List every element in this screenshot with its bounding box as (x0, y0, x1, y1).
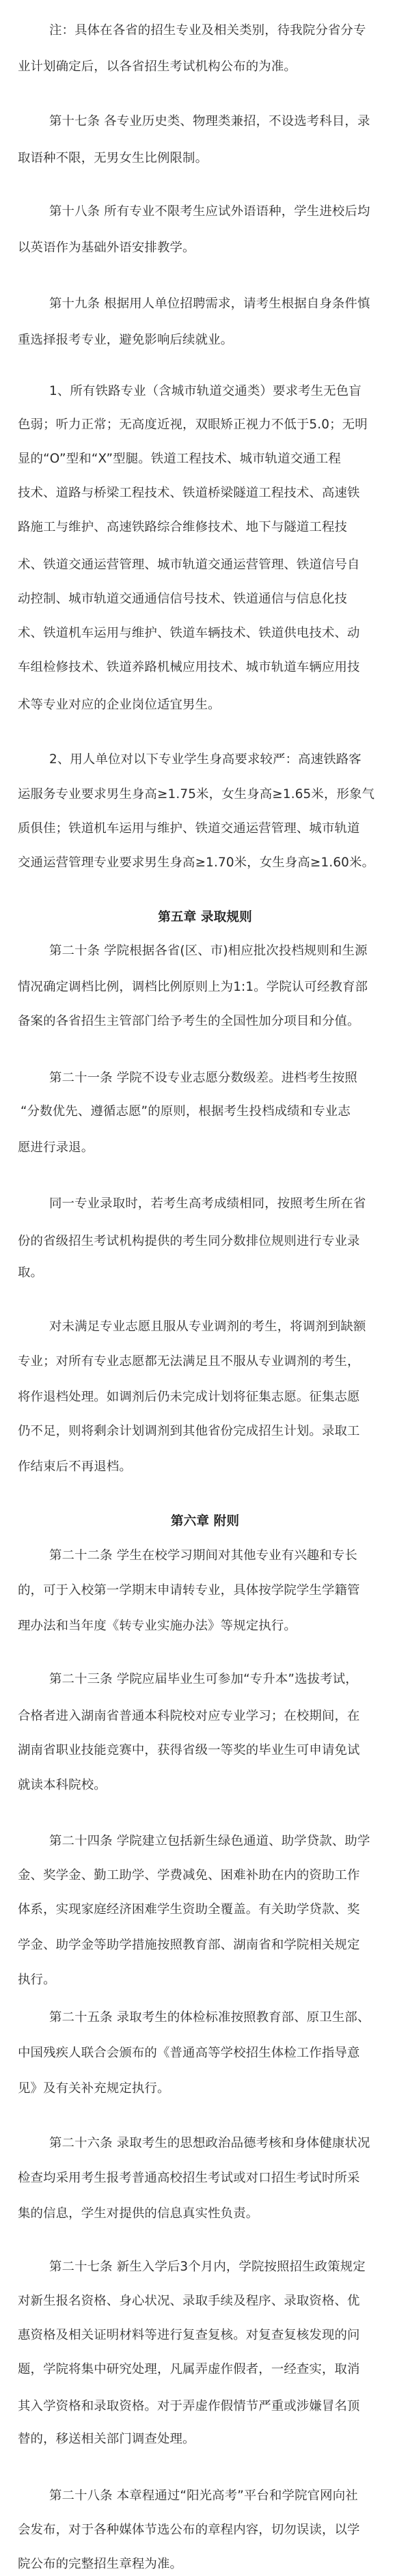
text-line: 业计划确定后，以各省招生考试机构公布的为准。 (18, 59, 297, 75)
text-line: 车组检修技术、铁道养路机械应用技术、城市轨道车辆应用技 (18, 659, 360, 676)
text-line: 术等专业对应的企业岗位适宜男生。 (18, 697, 221, 713)
text-line: 2、用人单位对以下专业学生身高要求较严：高速铁路客 (49, 752, 361, 768)
text-line: 第二十二条 学生在校学习期间对其他专业有兴趣和专长 (49, 1548, 357, 1564)
text-line: 备案的各省招生主管部门给予考生的全国性加分项目和分值。 (18, 1013, 360, 1030)
text-line: 学金、助学金等助学措施按照教育部、湖南省和学院相关规定 (18, 1937, 360, 1954)
text-line: 会发布，对于各种媒体节选公布的章程内容，切勿误读，以学 (18, 2522, 360, 2538)
chapter-6-heading: 第六章 附则 (0, 1513, 410, 1530)
text-line: 取语种不限，无男女生比例限制。 (18, 150, 208, 167)
text-line: “分数优先、遵循志愿”的原则，根据考生投档成绩和专业志 (20, 1104, 351, 1120)
text-line: 的，可于入校第一学期末申请转专业，具体按学院学生学籍管 (18, 1582, 360, 1599)
text-line: 情况确定调档比例，调档比例原则上为1:1。学院认可经教育部 (18, 979, 368, 996)
text-line: 将作退档处理。如调剂后仍未完成计划将征集志愿。征集志愿 (18, 1389, 360, 1406)
text-line: 愿进行录退。 (18, 1140, 94, 1156)
text-line: 第二十六条 录取考生的思想政治品德考核和身体健康状况 (49, 2135, 370, 2152)
text-line: 术、铁道机车运用与维护、铁道车辆技术、铁道供电技术、动 (18, 625, 360, 642)
text-line: 同一专业录取时，若考生高考成绩相同，按照考生所在省 (49, 1196, 366, 1212)
text-line: 交通运营管理专业要求男生身高≥1.70米，女生身高≥1.60米。 (18, 855, 374, 871)
text-line: 对新生报名资格、身心状况、录取手续及程序、录取资格、优 (18, 2293, 360, 2310)
text-line: 见》及有关补充规定执行。 (18, 2081, 170, 2097)
text-line: 湖南省职业技能竞赛中，获得省级一等奖的毕业生可申请免试 (18, 1742, 360, 1759)
text-line: 作结束后不再退档。 (18, 1459, 132, 1475)
text-line: 执行。 (18, 1972, 56, 1988)
text-line: 以英语作为基础外语安排教学。 (18, 240, 195, 256)
text-line: 重选择报考专业，避免影响后续就业。 (18, 332, 233, 348)
text-line: 仍不足，则将剩余计划调剂到其他省份完成招生计划。录取工 (18, 1423, 360, 1440)
text-line: 检查均采用考生报考普通高校招生考试或对口招生考试时所采 (18, 2170, 360, 2187)
text-line: 题，学院将集中研究处理，凡属弄虚作假者，一经查实，取消 (18, 2361, 360, 2378)
text-line: 合格者进入湖南省普通本科院校对应专业学习；在校期间，在 (18, 1708, 360, 1725)
text-line: 其入学资格和录取资格。对于弄虚作假情节严重或涉嫌冒名顶 (18, 2398, 360, 2415)
text-line: 院公布的完整招生章程为准。 (18, 2556, 182, 2573)
text-line: 份的省级招生考试机构提供的考生同分数排位规则进行专业录 (18, 1233, 360, 1250)
text-line: 第十九条 根据用人单位招聘需求，请考生根据自身条件慎 (49, 296, 370, 312)
text-line: 动控制、城市轨道交通通信信号技术、铁道通信与信息化技 (18, 591, 347, 607)
text-line: 中国残疾人联合会颁布的《普通高等学校招生体检工作指导意 (18, 2045, 360, 2061)
text-line: 运服务专业要求男生身高≥1.75米，女生身高≥1.65米，形象气 (18, 786, 374, 803)
text-line: 专业；对所有专业志愿都无法满足且不服从专业调剂的考生， (18, 1354, 360, 1370)
text-line: 显的“O”型和“X”型腿。铁道工程技术、城市轨道交通工程 (18, 451, 341, 467)
text-line: 质俱佳；铁道机车运用与维护、铁道交通运营管理、城市轨道 (18, 821, 360, 837)
chapter-5-heading: 第五章 录取规则 (0, 909, 410, 926)
text-line: 第二十条 学院根据各省(区、市)相应批次投档规则和生源 (49, 943, 368, 959)
text-line: 第二十五条 录取考生的体检标准按照教育部、原卫生部、 (49, 2010, 370, 2026)
text-line: 第十八条 所有专业不限考生应试外语语种，学生进校后均 (49, 204, 370, 220)
text-line: 术、铁道交通运营管理、城市轨道交通运营管理、铁道信号自 (18, 557, 360, 573)
text-line: 1、所有铁路专业（含城市轨道交通类）要求考生无色盲 (49, 383, 361, 400)
text-line: 理办法和当年度《转专业实施办法》等规定执行。 (18, 1618, 297, 1634)
text-line: 第二十四条 学院建立包括新生绿色通道、助学贷款、助学 (49, 1833, 370, 1850)
text-line: 注：具体在各省的招生专业及相关类别，待我院分省分专 (49, 23, 366, 39)
text-line: 第二十七条 新生入学后3个月内，学院按照招生政策规定 (49, 2259, 366, 2275)
text-line: 体系，实现家庭经济困难学生资助全覆盖。有关助学贷款、奖 (18, 1902, 360, 1918)
text-line: 惠资格及相关证明材料等进行复查复核。对复查复核发现的问 (18, 2327, 360, 2344)
text-line: 第十七条 各专业历史类、物理类兼招，不设选考科目，录 (49, 113, 370, 130)
text-line: 金、奖学金、勤工助学、学费减免、困难补助在内的资助工作 (18, 1867, 360, 1884)
text-line: 取。 (18, 1265, 43, 1281)
text-line: 路施工与维护、高速铁路综合维修技术、地下与隧道工程技 (18, 519, 347, 536)
text-line: 对未满足专业志愿且服从专业调剂的考生，将调剂到缺额 (49, 1319, 366, 1335)
text-line: 第二十八条 本章程通过“阳光高考”平台和学院官网向社 (49, 2488, 358, 2504)
text-line: 第二十三条 学院应届毕业生可参加“专升本”选拔考试， (49, 1671, 358, 1688)
text-line: 集的信息，学生对提供的信息真实性负责。 (18, 2206, 258, 2222)
text-line: 技术、道路与桥梁工程技术、铁道桥梁隧道工程技术、高速铁 (18, 485, 360, 502)
text-line: 替的，移送相关部门调查处理。 (18, 2431, 195, 2448)
text-line: 色弱；听力正常；无高度近视，双眼矫正视力不低于5.0；无明 (18, 417, 368, 433)
text-line: 第二十一条 学院不设专业志愿分数级差。进档考生按照 (49, 1070, 357, 1086)
text-line: 就读本科院校。 (18, 1777, 107, 1794)
